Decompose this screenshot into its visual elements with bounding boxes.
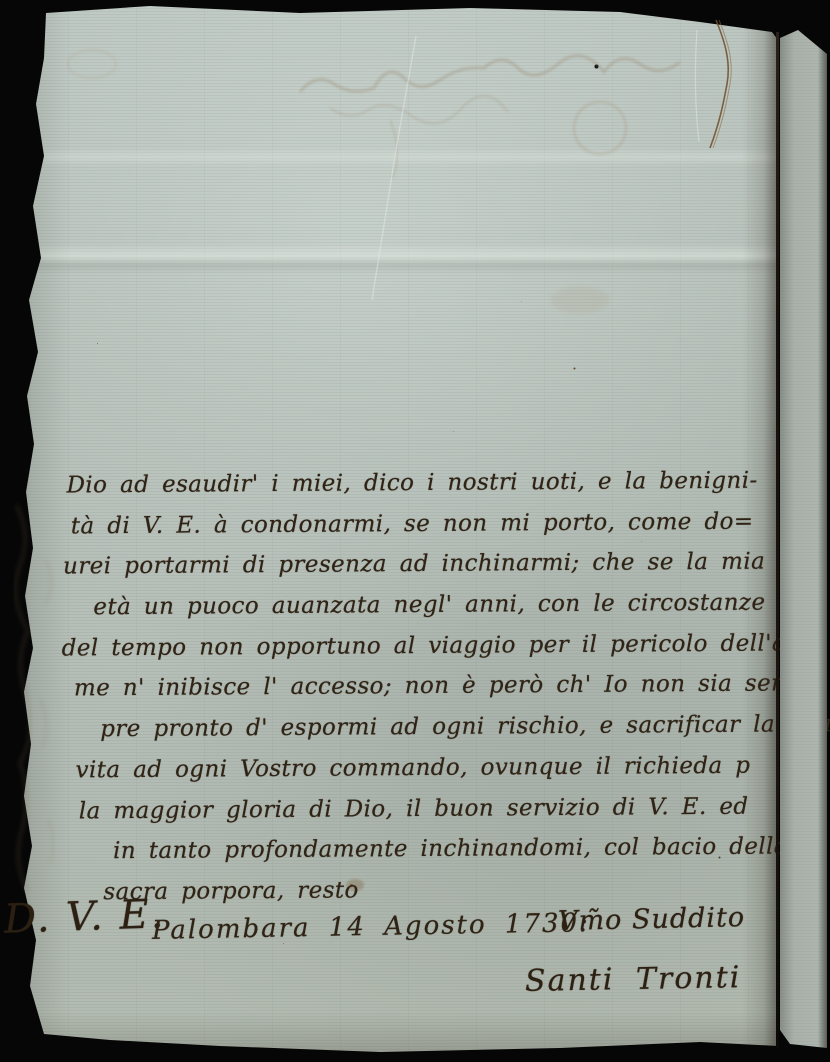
paper-specks (0, 0, 3, 3)
letter-line: me n' inibisce l' accesso; non è però ch… (62, 671, 774, 717)
letter-line: la maggior gloria di Dio, il buon serviz… (63, 793, 775, 839)
signature: Santi Tronti (525, 960, 742, 999)
letter-line: età un puoco auanzata negl' anni, con le… (61, 590, 773, 636)
letter-line: del tempo non opportuno al viaggio per i… (62, 630, 774, 676)
scanned-letter-view: Dio ad esaudir' i miei, dico i nostri uo… (0, 0, 830, 1062)
letter-line: tà di V. E. à condonarmi, se non mi port… (61, 508, 773, 554)
letter-line: pre pronto d' espormi ad ogni rischio, e… (62, 712, 774, 758)
closing-abbreviation: D. V. E. (3, 891, 166, 943)
letter-line: vita ad ogni Vostro commando, ovunque il… (62, 752, 774, 798)
letter-line: in tanto profondamente inchinandomi, col… (63, 834, 775, 880)
valediction: Vm̃o Suddito (558, 902, 746, 937)
letter-line: urei portarmi di presenza ad inchinarmi;… (61, 549, 773, 595)
bottom-edge-shadow (0, 1012, 830, 1062)
page-fold-line (776, 32, 779, 1048)
horizontal-fold-crease (20, 244, 778, 274)
letter-line: Dio ad esaudir' i miei, dico i nostri uo… (60, 468, 772, 514)
facing-page-edge (780, 30, 827, 1048)
letter-body: Dio ad esaudir' i miei, dico i nostri uo… (60, 468, 775, 921)
upper-crease (20, 148, 778, 166)
